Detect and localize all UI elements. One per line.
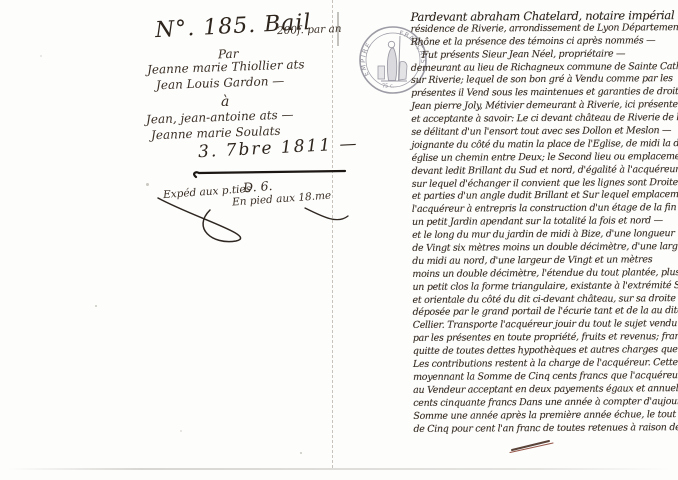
flourish-right-sweep (305, 208, 348, 220)
manuscript-line: Somme une année après la première année … (413, 409, 678, 424)
separator-rule (194, 171, 345, 177)
paper-speckle (40, 55, 42, 57)
annotation-flourish (140, 166, 355, 256)
paper-speckle (180, 430, 182, 432)
manuscript-text: Pardevant abraham Chatelard, notaire imp… (411, 9, 678, 436)
svg-text:EMPIRE: EMPIRE (359, 40, 373, 77)
stamp-arc-text-left: EMPIRE (359, 40, 373, 77)
paper-speckle (95, 305, 97, 307)
manuscript-line: un petit clos la forme triangulaire, exi… (412, 280, 678, 295)
closing-flourish (508, 438, 556, 454)
paper-speckle (300, 452, 302, 454)
manuscript-line: Rhône et la présence des témoins ci aprè… (411, 35, 677, 50)
right-page: Pardevant abraham Chatelard, notaire imp… (411, 9, 678, 436)
stamp-figure (378, 36, 407, 81)
manuscript-line: devant ledit Brillant du Sud et nord, d'… (412, 164, 678, 179)
manuscript-line: de Cinq pour cent l'an franc de toutes r… (413, 422, 678, 437)
flourish-left-loop (158, 198, 241, 242)
page-bottom-edge (8, 468, 670, 470)
stamp-value: 75 c. (382, 84, 395, 90)
lessor-name-2: Jean Louis Gardon — (156, 74, 285, 92)
scanned-document: N°. 185. Bail 200f. par an Par Jeanne ma… (0, 0, 678, 480)
rate-note: 200f. par an (277, 23, 342, 37)
to-label: à (221, 94, 229, 110)
manuscript-line: cents cinquante francs Dans une année à … (413, 396, 678, 411)
